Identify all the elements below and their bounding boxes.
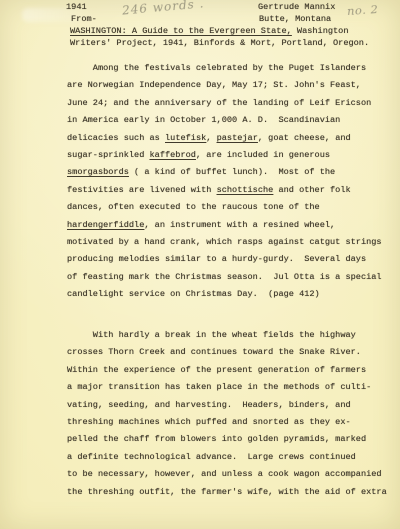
page-number-pencil-note: no. 2 <box>347 2 379 18</box>
text-line: candlelight service on Christmas Day. (p… <box>67 286 382 303</box>
text-segment: June 24; and the anniversary of the land… <box>67 98 371 108</box>
text-segment: With hardly a break in the wheat fields … <box>67 330 356 340</box>
text-segment: and other folk <box>273 185 350 195</box>
underlined-term: pastejar <box>217 133 258 143</box>
text-segment: threshing machines which puffed and snor… <box>67 417 351 427</box>
word-count-pencil-note: 246 words . <box>122 0 205 18</box>
text-line: a definite technological advance. Large … <box>67 449 387 466</box>
text-segment: , goat cheese, and <box>258 133 351 143</box>
text-segment: to be necessary, however, and unless a c… <box>67 469 382 479</box>
text-line: in America early in October 1,000 A. D. … <box>67 112 382 129</box>
underlined-term: WASHINGTON: A Guide to the Evergreen Sta… <box>70 26 292 36</box>
text-line: WASHINGTON: A Guide to the Evergreen Sta… <box>70 26 369 38</box>
text-line: With hardly a break in the wheat fields … <box>67 327 387 344</box>
text-segment: are Norwegian Independence Day, May 17; … <box>67 80 361 90</box>
text-line: delicacies such as lutefisk, pastejar, g… <box>67 130 382 147</box>
underlined-term: kaffebrod <box>150 150 196 160</box>
underlined-term: lutefisk <box>165 133 206 143</box>
text-segment: motivated by a hand crank, which rasps a… <box>67 237 382 247</box>
underlined-term: smorgasbords <box>67 167 129 177</box>
text-segment: crosses Thorn Creek and continues toward… <box>67 347 361 357</box>
text-line: vating, seeding, and harvesting. Headers… <box>67 397 387 414</box>
text-segment: ( a kind of buffet lunch). Most of the <box>129 167 335 177</box>
text-segment: a definite technological advance. Large … <box>67 452 356 462</box>
year-label: 1941 <box>66 2 87 12</box>
text-segment: pelled the chaff from blowers into golde… <box>67 434 366 444</box>
text-line: producing melodies similar to a hurdy-gu… <box>67 251 382 268</box>
text-line: smorgasbords ( a kind of buffet lunch). … <box>67 164 382 181</box>
underlined-term: hardengerfiddle <box>67 220 144 230</box>
text-segment: delicacies such as <box>67 133 165 143</box>
text-line: June 24; and the anniversary of the land… <box>67 95 382 112</box>
text-line: motivated by a hand crank, which rasps a… <box>67 234 382 251</box>
author-location: Butte, Montana <box>259 14 331 24</box>
text-line: are Norwegian Independence Day, May 17; … <box>67 77 382 94</box>
underlined-term: schottische <box>217 185 274 195</box>
paragraph-festivals: Among the festivals celebrated by the Pu… <box>67 60 382 304</box>
text-segment: , are included in generous <box>196 150 330 160</box>
book-citation: WASHINGTON: A Guide to the Evergreen Sta… <box>70 26 369 49</box>
text-line: hardengerfiddle, an instrument with a re… <box>67 217 382 234</box>
text-segment: the threshing outfit, the farmer's wife,… <box>67 487 387 497</box>
text-segment: of feasting mark the Christmas season. J… <box>67 272 382 282</box>
author-name: Gertrude Mannix <box>258 2 335 12</box>
text-segment: in America early in October 1,000 A. D. … <box>67 115 340 125</box>
text-segment: vating, seeding, and harvesting. Headers… <box>67 400 351 410</box>
typescript-page: 1941 From- 246 words . Gertrude Mannix B… <box>0 0 400 529</box>
text-line: pelled the chaff from blowers into golde… <box>67 431 387 448</box>
text-line: a major transition has taken place in th… <box>67 379 387 396</box>
text-segment: sugar-sprinkled <box>67 150 150 160</box>
text-line: to be necessary, however, and unless a c… <box>67 466 387 483</box>
text-segment: Within the experience of the present gen… <box>67 365 366 375</box>
from-label: From- <box>71 14 97 24</box>
text-line: crosses Thorn Creek and continues toward… <box>67 344 387 361</box>
text-segment: a major transition has taken place in th… <box>67 382 371 392</box>
text-line: threshing machines which puffed and snor… <box>67 414 387 431</box>
text-segment: Writers' Project, 1941, Binfords & Mort,… <box>70 38 369 48</box>
text-segment: producing melodies similar to a hurdy-gu… <box>67 254 366 264</box>
text-line: Within the experience of the present gen… <box>67 362 387 379</box>
text-line: Among the festivals celebrated by the Pu… <box>67 60 382 77</box>
text-segment: candlelight service on Christmas Day. (p… <box>67 289 320 299</box>
text-segment: , an instrument with a resined wheel, <box>144 220 335 230</box>
text-line: the threshing outfit, the farmer's wife,… <box>67 484 387 501</box>
text-line: dances, often executed to the raucous to… <box>67 199 382 216</box>
text-segment: festivities are livened with <box>67 185 217 195</box>
text-line: Writers' Project, 1941, Binfords & Mort,… <box>70 38 369 50</box>
text-segment: Among the festivals celebrated by the Pu… <box>67 63 366 73</box>
text-line: sugar-sprinkled kaffebrod, are included … <box>67 147 382 164</box>
paragraph-wheat-fields: With hardly a break in the wheat fields … <box>67 327 387 501</box>
text-segment: , <box>206 133 216 143</box>
text-segment: Washington <box>292 26 349 36</box>
text-segment: dances, often executed to the raucous to… <box>67 202 320 212</box>
text-line: of feasting mark the Christmas season. J… <box>67 269 382 286</box>
text-line: festivities are livened with schottische… <box>67 182 382 199</box>
